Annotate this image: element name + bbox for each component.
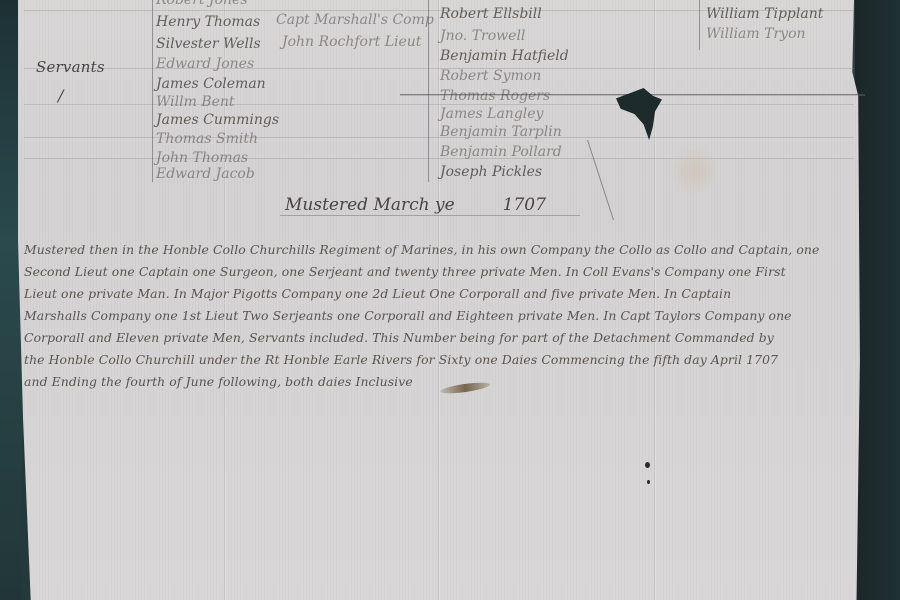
name-entry: Thomas Rogers — [440, 88, 550, 104]
name-entry: Robert Ellsbill — [440, 6, 542, 22]
paragraph-line: the Honble Collo Churchill under the Rt … — [24, 352, 778, 367]
ruled-line — [24, 158, 854, 159]
name-entry: Benjamin Tarplin — [440, 124, 562, 140]
date-underline — [280, 215, 580, 216]
name-entry: John Thomas — [156, 150, 248, 166]
name-entry: William Tryon — [706, 26, 806, 42]
date-heading-text: Mustered March ye — [285, 195, 455, 215]
column-rule — [152, 0, 153, 182]
name-entry: Thomas Smith — [156, 131, 258, 147]
margin-label-servants: Servants — [36, 58, 105, 76]
paragraph-line: Second Lieut one Captain one Surgeon, on… — [24, 264, 786, 279]
paragraph-line: Mustered then in the Honble Collo Church… — [24, 242, 819, 257]
annotation-company: Capt Marshall's Comp — [276, 12, 434, 28]
name-entry: Henry Thomas — [156, 14, 260, 30]
paragraph-line: Marshalls Company one 1st Lieut Two Serj… — [24, 308, 792, 323]
ink-blot — [645, 462, 650, 468]
name-entry: Jno. Trowell — [440, 28, 525, 44]
ruled-line — [24, 104, 854, 105]
name-entry: Benjamin Hatfield — [440, 48, 569, 64]
ink-blot — [647, 480, 650, 484]
name-entry: Robert Symon — [440, 68, 541, 84]
paragraph-line: and Ending the fourth of June following,… — [24, 374, 413, 389]
name-entry: James Langley — [440, 106, 543, 122]
name-entry: Edward Jacob — [156, 166, 255, 182]
background-right-edge — [855, 0, 900, 600]
annotation-lieutenant: John Rochfort Lieut — [282, 34, 421, 50]
name-entry: William Tipplant — [706, 6, 823, 22]
name-entry: Edward Jones — [156, 56, 254, 72]
name-entry: Silvester Wells — [156, 36, 261, 52]
date-heading: Mustered March ye1707 — [285, 195, 546, 215]
ruled-line — [24, 137, 854, 138]
name-entry: James Cummings — [156, 112, 279, 128]
date-heading-year: 1707 — [503, 195, 546, 215]
margin-tally-mark: / — [58, 86, 64, 105]
name-entry: Willm Bent — [156, 94, 235, 110]
name-entry: James Coleman — [156, 76, 266, 92]
paper-stain — [670, 148, 720, 194]
paragraph-line: Lieut one private Man. In Major Pigotts … — [24, 286, 731, 301]
name-entry: Joseph Pickles — [440, 164, 542, 180]
name-entry: Robert Jones — [156, 0, 248, 8]
ruled-line — [24, 68, 854, 69]
name-entry: Benjamin Pollard — [440, 144, 562, 160]
column-rule — [699, 0, 700, 50]
paragraph-line: Corporall and Eleven private Men, Servan… — [24, 330, 774, 345]
